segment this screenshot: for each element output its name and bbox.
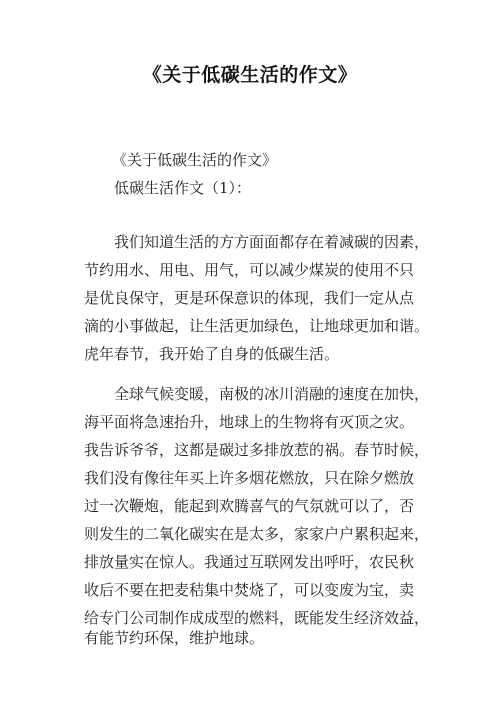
paragraph-line: 则发生的二氧化碳实在是太多，家家户户累积起来， (84, 524, 429, 544)
paragraph-line: 我告诉爷爷，这都是碳过多排放惹的祸。春节时候， (84, 440, 429, 460)
document-page: 《关于低碳生活的作文》 《关于低碳生活的作文》 低碳生活作文（1）： 我们知道生… (0, 0, 500, 708)
paragraph-line: 过一次鞭炮，能起到欢腾喜气的气氛就可以了，否 (84, 496, 414, 516)
paragraph-line: 我们知道生活的方方面面都存在着减碳的因素， (114, 232, 429, 252)
paragraph-line: 排放量实在惊人。我通过互联网发出呼吁，农民秋 (84, 552, 414, 572)
paragraph-line: 虎年春节，我开始了自身的低碳生活。 (84, 344, 339, 364)
paragraph-line: 我们没有像往年买上许多烟花燃放，只在除夕燃放 (84, 468, 414, 488)
paragraph-line: 有能节约环保，维护地球。 (84, 628, 264, 648)
paragraph-line: 全球气候变暖，南极的冰川消融的速度在加快， (114, 384, 429, 404)
paragraph-line: 是优良保守，更是环保意识的体现，我们一定从点 (84, 288, 414, 308)
paragraph-line: 收后不要在把麦秸集中焚烧了，可以变废为宝，卖 (84, 580, 414, 600)
subtitle: 《关于低碳生活的作文》 (112, 150, 277, 170)
paragraph-line: 滴的小事做起，让生活更加绿色，让地球更加和谐。 (84, 316, 429, 336)
paragraph-line: 给专门公司制作成成型的燃料，既能发生经济效益， (84, 608, 429, 628)
paragraph-line: 海平面将急速抬升，地球上的生物将有灭顶之灾。 (84, 412, 414, 432)
section-heading: 低碳生活作文（1）： (114, 178, 251, 198)
document-title: 《关于低碳生活的作文》 (0, 60, 500, 87)
paragraph-line: 节约用水、用电、用气，可以减少煤炭的使用不只 (84, 260, 414, 280)
